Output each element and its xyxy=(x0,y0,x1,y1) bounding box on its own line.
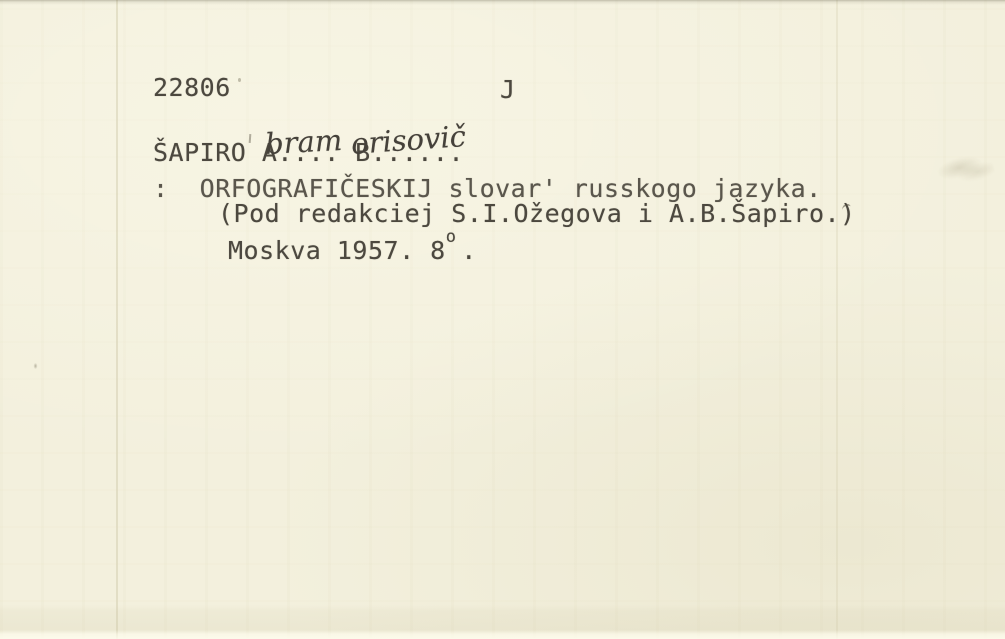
paper-speck-small xyxy=(238,78,241,82)
handwritten-first-name: bram xyxy=(264,123,343,161)
imprint-line: Moskva 1957. 8oo. xyxy=(228,236,477,265)
imprint-place-year: Moskva 1957. 8 xyxy=(228,236,446,265)
catalog-card: 22806 J ŠAPIRO A.... B...... bram orisov… xyxy=(0,0,1005,639)
call-number: 22806 xyxy=(153,73,231,102)
imprint-trailing-period: . xyxy=(461,236,477,265)
paper-speck xyxy=(33,362,38,370)
paper-smudge xyxy=(935,148,995,189)
format-designation: oo xyxy=(446,236,462,265)
format-superscript-o: o xyxy=(446,227,457,247)
editor-line: (Pod redakciej S.I.Ožegova i A.B.Šapiro.… xyxy=(218,199,856,228)
section-letter: J xyxy=(500,75,516,104)
